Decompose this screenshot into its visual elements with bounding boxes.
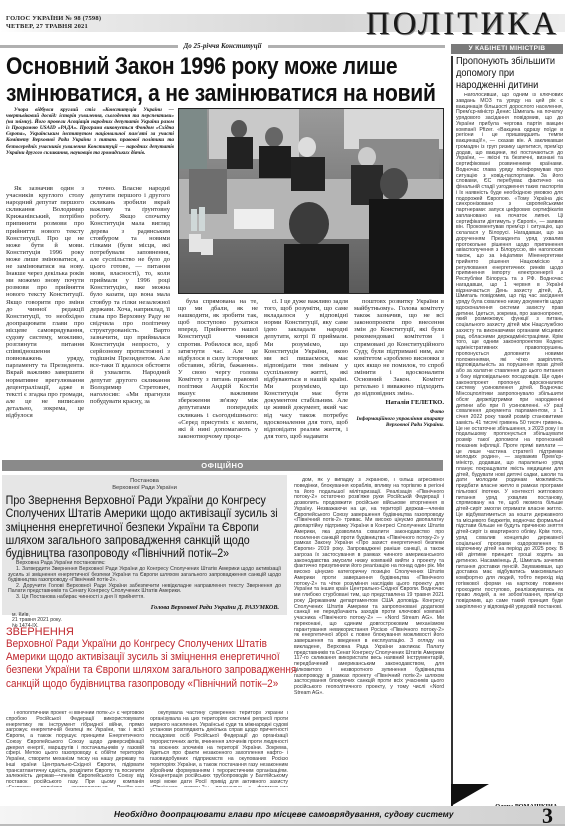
- issue-number: ГОЛОС УКРАЇНИ № 98 (7598): [6, 15, 101, 23]
- appeal-heading: ЗВЕРНЕННЯ Верховної Ради України до Конг…: [6, 626, 306, 691]
- article-column-5: поштовх розвитку України в майбутньому».…: [354, 298, 444, 398]
- page-corner-icon: [451, 784, 489, 806]
- appeal-column-2-text: окупувала частину суверенної території У…: [150, 711, 288, 787]
- article-author: Наталія ГЕЛЕТКО.: [354, 400, 444, 406]
- appeal-label: ЗВЕРНЕННЯ: [6, 626, 306, 638]
- article-column-5-text: поштовх розвитку України в майбутньому».…: [354, 298, 444, 397]
- resolution-issuer: Верховної Ради України: [2, 485, 287, 492]
- appeal-column-3-text: дом, як у випадку з Україною, і більш аг…: [294, 478, 444, 697]
- issue-date: ЧЕТВЕР, 27 ТРАВНЯ 2021: [6, 23, 101, 31]
- article-column-1: Як зазначив один з учасників круглого ст…: [6, 185, 84, 447]
- footer-headline: Необхідно доопрацювати глави про місцеве…: [114, 809, 454, 819]
- sidebar-text: Наголосивши, що одним із ключових завдан…: [456, 93, 563, 783]
- article-lead: Учора відбувся круглий стіл «Конституція…: [6, 107, 174, 156]
- article-column-4-text: сі. І це дуже важливо задля того, щоб ро…: [264, 298, 348, 440]
- article-column-3-text: була спрямована на те, що ми дбали, як н…: [178, 298, 258, 440]
- appeal-column-3: дом, як у випадку з Україною, і більш аг…: [294, 478, 444, 800]
- page-number: 3: [542, 803, 553, 829]
- article-column-2: точно. Власне народні депутати першого і…: [90, 185, 170, 447]
- resolution-box: Постанова Верховної Ради України Про Зве…: [2, 475, 287, 615]
- sidebar-header: У КАБІНЕТІ МІНІСТРІВ: [451, 44, 563, 54]
- appeal-column-1-text: Геополітичний проект «Північний потік-2»…: [6, 711, 144, 787]
- resolution-body: Верховна Рада України постановляє: 1. За…: [2, 560, 287, 601]
- sidebar-title: Пропонують збільшити допомогу при народж…: [456, 56, 564, 92]
- article-byline: Наталія ГЕЛЕТКО. Фото Інформаційного упр…: [354, 400, 444, 429]
- photo-credit: Інформаційного управління апарату Верхов…: [354, 416, 444, 429]
- cabinet-sidebar: У КАБІНЕТІ МІНІСТРІВ Пропонують збільшит…: [451, 44, 565, 814]
- sidebar-article: Пропонують збільшити допомогу при народж…: [451, 56, 563, 812]
- meeting-photo-icon: [179, 109, 444, 294]
- article-column-4: сі. І це дуже важливо задля того, щоб ро…: [264, 298, 348, 448]
- resolution-item: 1. Затвердити Звернення Верховної Ради У…: [8, 567, 281, 584]
- section-title: ПОЛІТИКА: [366, 6, 559, 43]
- appeal-title: Верховної Ради України до Конгресу Сполу…: [6, 638, 296, 691]
- official-section-bar: ОФІЦІЙНО: [2, 460, 443, 471]
- resolution-item: 3. Ця Постанова набирає чинності з дня ї…: [8, 595, 281, 601]
- resolution-signer: Голова Верховної Ради України Д. РАЗУМКО…: [2, 602, 287, 613]
- article-column-2-text: точно. Власне народні депутати першого і…: [90, 185, 170, 405]
- article-kicker: До 25-річчя Конституції: [0, 40, 445, 52]
- masthead: ГОЛОС УКРАЇНИ № 98 (7598) ЧЕТВЕР, 27 ТРА…: [6, 15, 101, 31]
- kicker-rule-left: [0, 45, 178, 48]
- article-column-1-text: Як зазначив один з учасників круглого ст…: [6, 185, 84, 419]
- appeal-column-2: окупувала частину суверенної території У…: [150, 711, 288, 787]
- appeal-column-1: Геополітичний проект «Північний потік-2»…: [6, 711, 144, 787]
- kicker-text: До 25-річчя Конституції: [184, 42, 262, 50]
- sidebar-body: Наголосивши, що одним із ключових завдан…: [456, 93, 563, 611]
- page-footer: Необхідно доопрацювати глави про місцеве…: [0, 806, 565, 826]
- resolution-title: Про Звернення Верховної Ради України до …: [2, 492, 287, 560]
- resolution-kicker: Постанова: [2, 475, 287, 485]
- article-photo: [178, 108, 444, 294]
- article-column-3: була спрямована на те, що ми дбали, як н…: [178, 298, 258, 448]
- article-headline: Основний Закон 1996 року може лише зміню…: [6, 53, 449, 107]
- kicker-rule-right: [268, 45, 446, 48]
